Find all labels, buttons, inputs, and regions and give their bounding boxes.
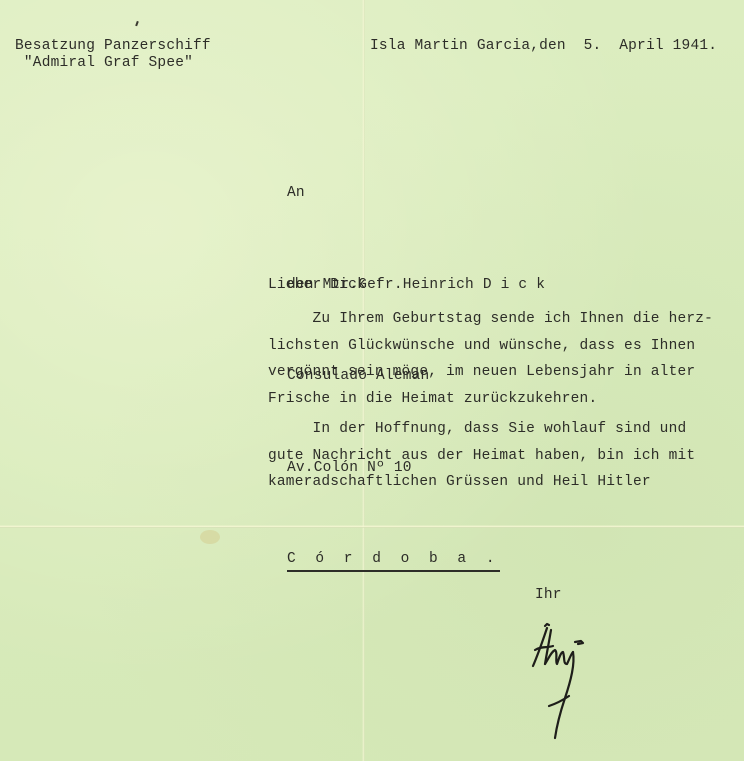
body-line: Zu Ihrem Geburtstag sende ich Ihnen die … <box>268 306 744 333</box>
body-line: lichsten Glückwünsche und wünsche, dass … <box>268 333 744 360</box>
body-line: vergönnt sein möge, im neuen Lebensjahr … <box>268 359 744 386</box>
address-to: An <box>287 178 545 209</box>
paper-stain <box>200 530 220 544</box>
salutation: Lieber Dick ! <box>268 277 384 293</box>
ink-mark <box>135 21 138 26</box>
address-city: C ó r d o b a . <box>287 548 500 572</box>
handwritten-signature <box>525 608 615 748</box>
letter-page: Besatzung Panzerschiff "Admiral Graf Spe… <box>0 0 744 761</box>
closing: Ihr <box>535 587 562 603</box>
sender-block: Besatzung Panzerschiff "Admiral Graf Spe… <box>15 38 211 72</box>
sender-line-2: "Admiral Graf Spee" <box>15 55 211 72</box>
body-line: Frische in die Heimat zurückzukehren. <box>268 386 744 413</box>
paragraph-2: In der Hoffnung, dass Sie wohlauf sind u… <box>268 416 744 496</box>
letter-body: Zu Ihrem Geburtstag sende ich Ihnen die … <box>268 306 744 496</box>
body-line: gute Nachricht aus der Heimat haben, bin… <box>268 443 744 470</box>
place-and-date: Isla Martin Garcia,den 5. April 1941. <box>370 38 717 54</box>
body-line: kameradschaftlichen Grüssen und Heil Hit… <box>268 469 744 496</box>
body-line: In der Hoffnung, dass Sie wohlauf sind u… <box>268 416 744 443</box>
paragraph-1: Zu Ihrem Geburtstag sende ich Ihnen die … <box>268 306 744 412</box>
sender-line-1: Besatzung Panzerschiff <box>15 38 211 55</box>
